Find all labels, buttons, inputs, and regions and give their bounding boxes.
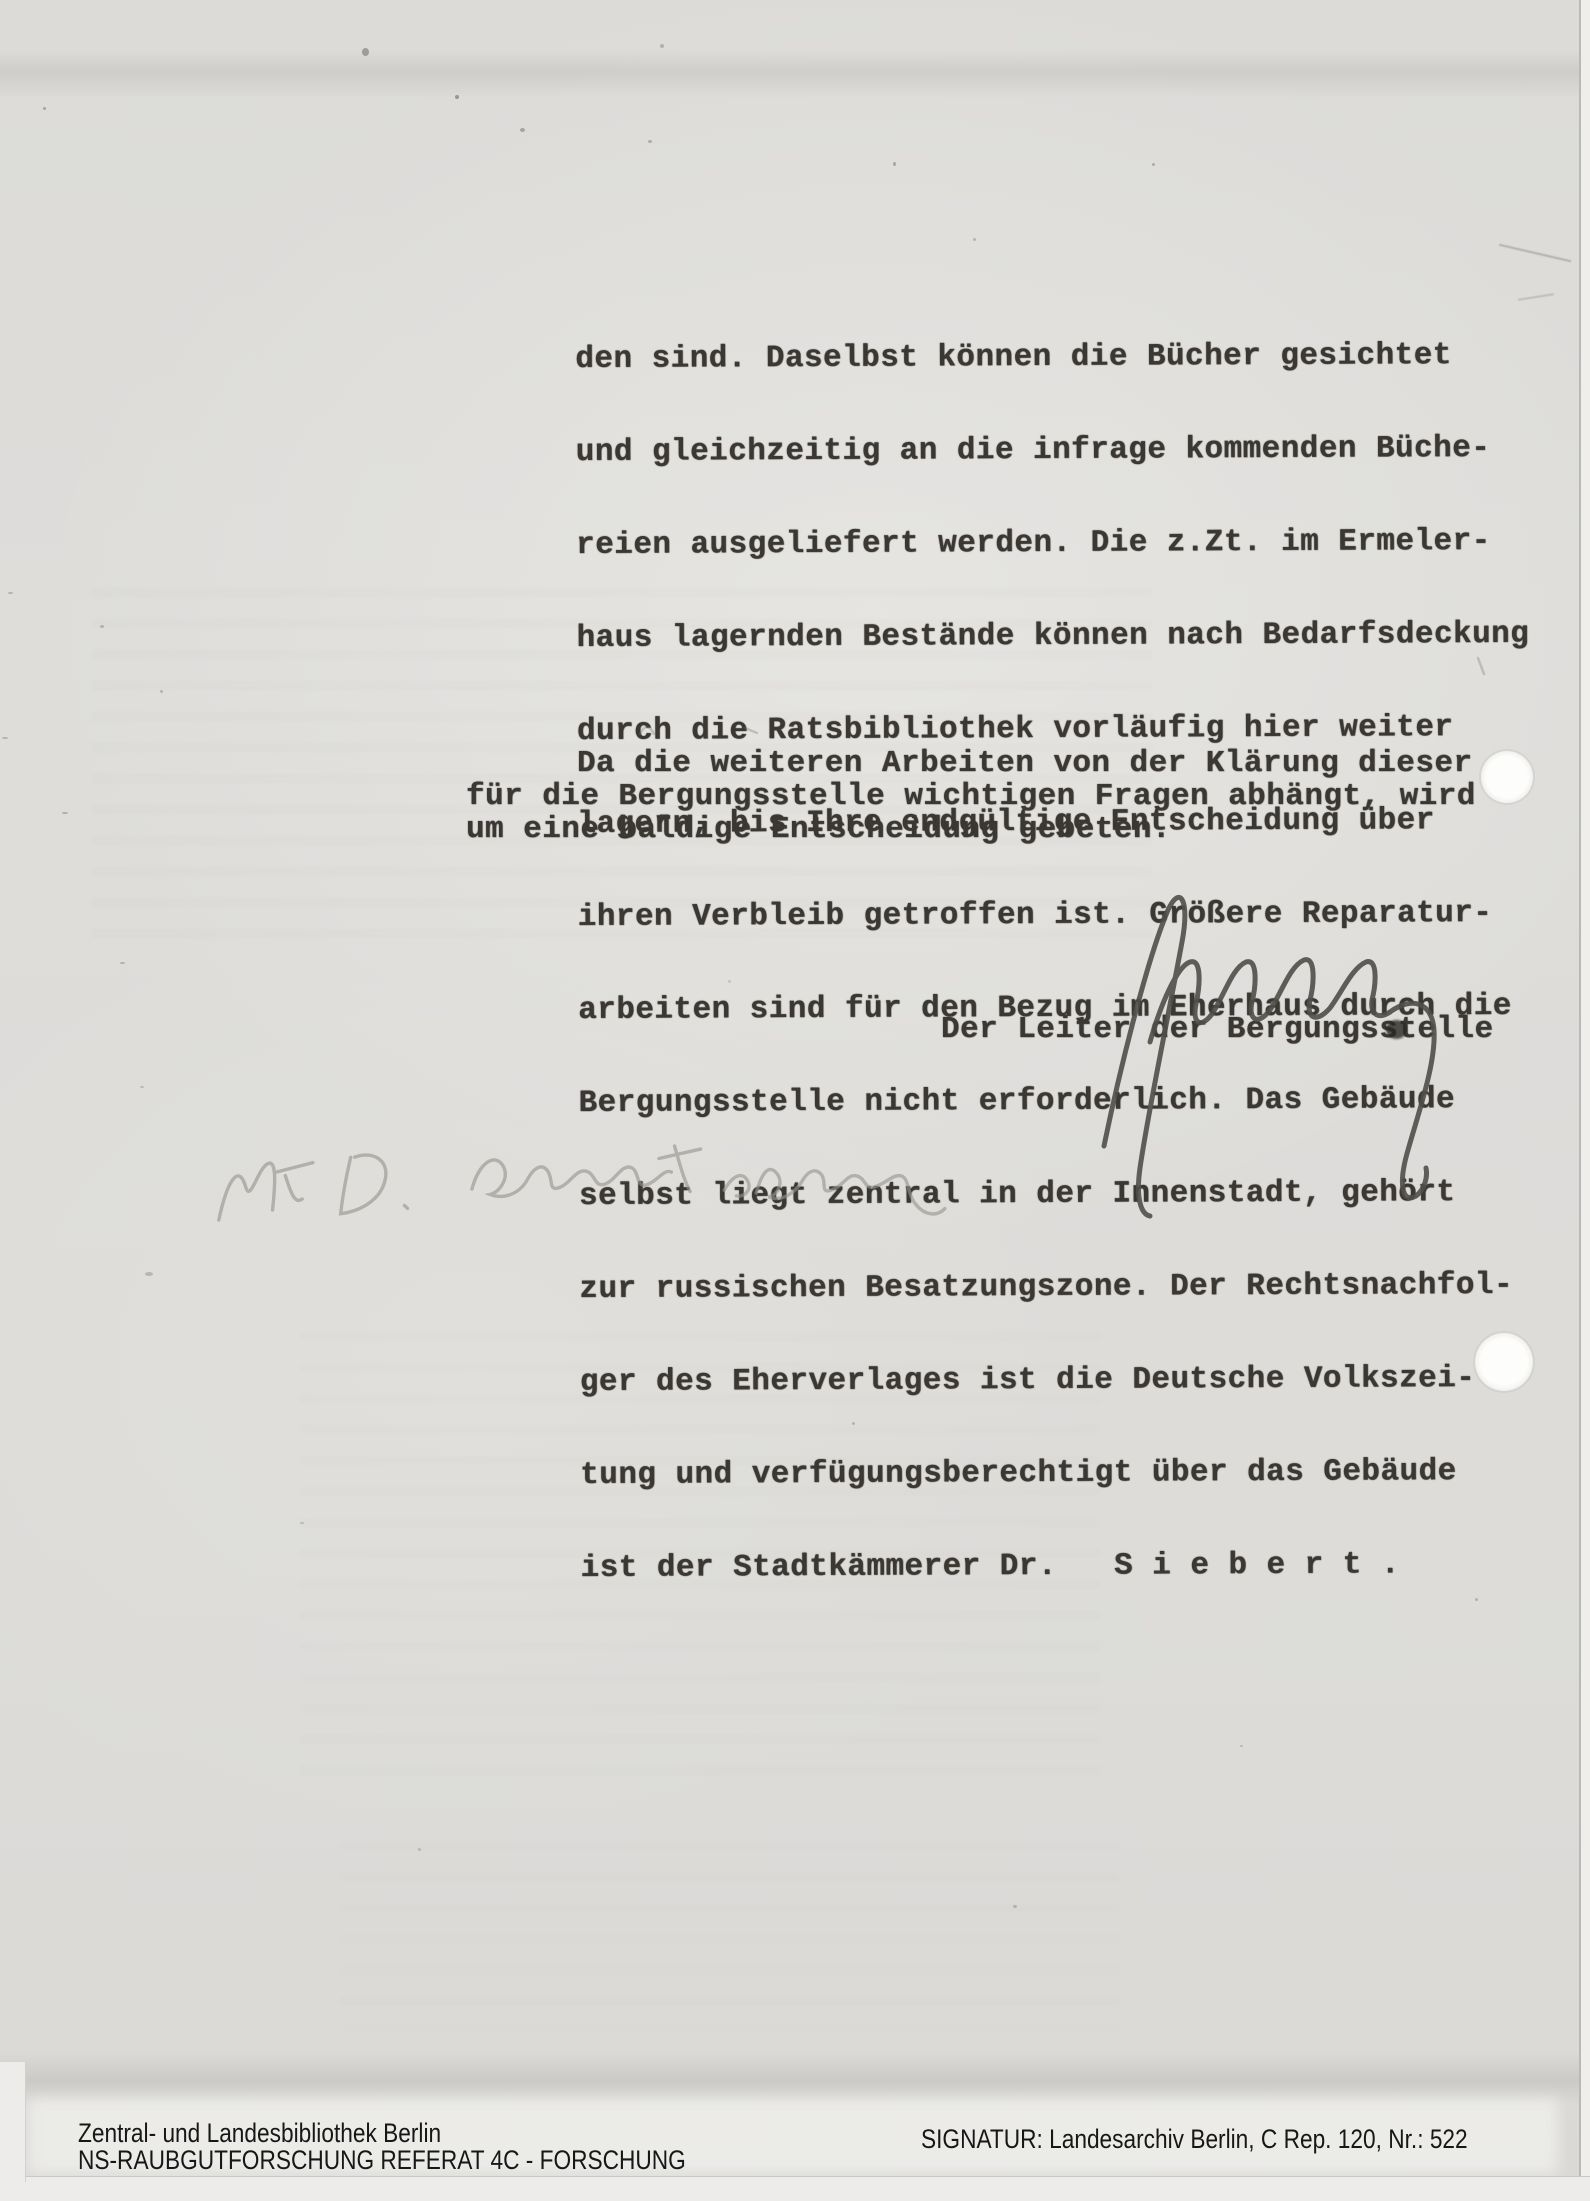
typed-line: reien ausgeliefert werden. Die z.Zt. im …	[576, 526, 1529, 561]
paper-speck	[2, 737, 8, 739]
ink-blot	[1386, 1020, 1407, 1039]
punch-hole	[1481, 751, 1533, 803]
typed-line: ger des Eherverlages ist die Deutsche Vo…	[580, 1363, 1533, 1398]
scanned-document: den sind. Daselbst können die Bücher ges…	[0, 0, 1590, 2201]
typed-line: Bergungsstelle nicht erforderlich. Das G…	[579, 1084, 1532, 1119]
letter-body: den sind. Daselbst können die Bücher ges…	[575, 278, 1534, 1646]
paper-speck	[973, 238, 976, 241]
typed-line: tung und verfügungsberechtigt über das G…	[580, 1456, 1533, 1491]
paper-speck	[1475, 1598, 1478, 1601]
paper-speck	[145, 1272, 153, 1276]
archive-caption-signatur: SIGNATUR: Landesarchiv Berlin, C Rep. 12…	[921, 2126, 1468, 2153]
paper-speck	[8, 592, 13, 594]
typed-line: zur russischen Besatzungszone. Der Recht…	[579, 1270, 1532, 1305]
paper-speck	[1240, 1745, 1243, 1747]
paper-speck	[43, 107, 46, 110]
archive-caption-institution: Zentral- und Landesbibliothek Berlin	[78, 2120, 441, 2147]
typed-line: haus lagernden Bestände können nach Beda…	[576, 619, 1529, 654]
paper-speck	[62, 812, 68, 814]
archive-caption-department: NS-RAUBGUTFORSCHUNG REFERAT 4C - FORSCHU…	[78, 2147, 686, 2174]
paper-edge-right	[1579, 0, 1590, 2201]
paper-edge-left	[0, 2062, 26, 2182]
paper-speck	[120, 962, 125, 964]
paper-speck	[100, 625, 104, 628]
paper-crease-bottom	[0, 2052, 1590, 2104]
typed-line: durch die Ratsbibliothek vorläufig hier …	[577, 712, 1530, 747]
typed-line: für die Bergungsstelle wichtigen Fragen …	[466, 781, 1476, 812]
paper-speck	[160, 690, 163, 693]
typed-line: selbst liegt zentral in der Innenstadt, …	[579, 1177, 1532, 1212]
typed-line: Da die weiteren Arbeiten von der Klärung…	[577, 748, 1473, 779]
paper-speck	[660, 44, 664, 48]
signoff-line: Der Leiter der Bergungsstelle	[941, 1014, 1494, 1045]
paper-speck	[520, 128, 525, 132]
punch-hole	[1475, 1333, 1533, 1391]
typed-line: ihren Verbleib getroffen ist. Größere Re…	[578, 898, 1531, 933]
paper-speck	[362, 48, 369, 56]
paper-speck	[418, 1848, 421, 1851]
paper-speck	[455, 95, 459, 99]
paper-speck	[893, 162, 896, 166]
typed-line: um eine baldige Entscheidung gebeten.	[466, 814, 1171, 845]
paper-speck	[852, 1422, 855, 1425]
paper-speck	[140, 1086, 144, 1088]
paper-speck	[1013, 1905, 1017, 1908]
paper-speck	[1152, 163, 1155, 166]
typed-line: und gleichzeitig an die infrage kommende…	[576, 433, 1529, 468]
paper-speck	[728, 980, 731, 983]
paper-crease-top	[0, 50, 1590, 98]
paper-edge-bottom	[0, 2176, 1590, 2201]
typed-line: den sind. Daselbst können die Bücher ges…	[575, 340, 1528, 375]
paper-speck	[648, 140, 652, 143]
typed-line: ist der Stadtkämmerer Dr. S i e b e r t …	[581, 1549, 1534, 1584]
paper-speck	[300, 1522, 304, 1524]
